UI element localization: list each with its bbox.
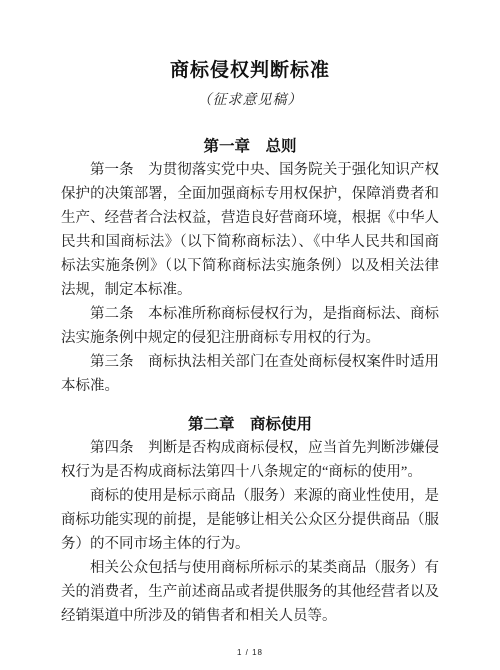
chapter-2-paragraph-3: 相关公众包括与使用商标所标示的某类商品（服务）有关的消费者，生产前述商品或者提供… [61,556,439,628]
chapter-1-heading: 第一章 总则 [61,136,439,158]
document-page: 商标侵权判断标准 （征求意见稿） 第一章 总则 第一条 为贯彻落实党中央、国务院… [0,0,500,670]
page-number: 1 / 18 [0,648,500,657]
chapter-2-paragraph-2: 商标的使用是标示商品（服务）来源的商业性使用，是商标功能实现的前提，是能够让相关… [61,484,439,556]
chapter-1-paragraph-1: 第一条 为贯彻落实党中央、国务院关于强化知识产权保护的决策部署，全面加强商标专用… [61,158,439,302]
chapter-2-paragraph-1: 第四条 判断是否构成商标侵权，应当首先判断涉嫌侵权行为是否构成商标法第四十八条规… [61,436,439,484]
document-title: 商标侵权判断标准 [61,58,439,84]
chapter-1-paragraph-3: 第三条 商标执法相关部门在查处商标侵权案件时适用本标准。 [61,350,439,398]
chapter-2-heading: 第二章 商标使用 [61,414,439,436]
chapter-1-paragraph-2: 第二条 本标准所称商标侵权行为，是指商标法、商标法实施条例中规定的侵犯注册商标专… [61,302,439,350]
document-subtitle: （征求意见稿） [61,92,439,110]
